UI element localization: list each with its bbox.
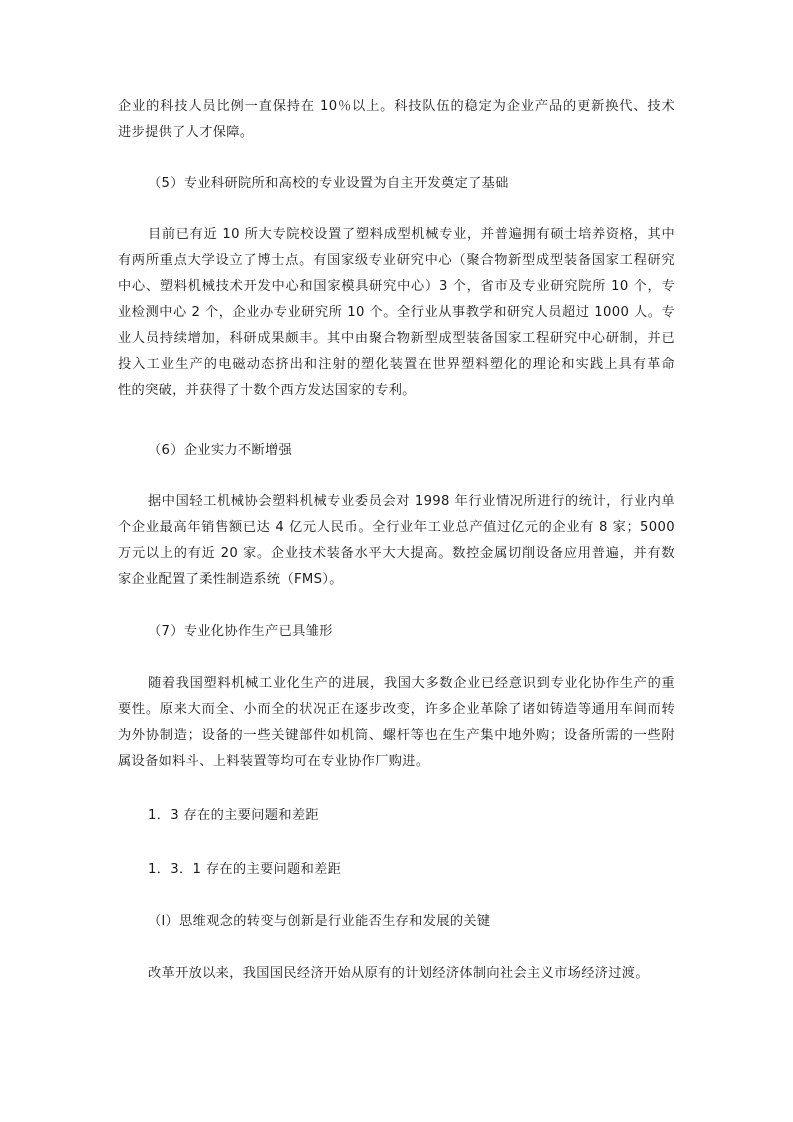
body-line: 家企业配置了柔性制造系统（FMS）。 (118, 571, 343, 589)
body-line: 进步提供了人才保障。 (118, 124, 253, 142)
body-line: 要性。原来大而全、小而全的状况正在逐步改变，许多企业革除了诸如铸造等通用车间而转 (118, 701, 675, 719)
subheading-6: （6）企业实力不断增强 (148, 442, 292, 460)
body-line: 业检测中心 2 个，企业办专业研究所 10 个。全行业从事教学和研究人员超过 1… (118, 304, 675, 322)
body-line: 有两所重点大学设立了博士点。有国家级专业研究中心（聚合物新型成型装备国家工程研究 (118, 252, 675, 270)
body-line: 随着我国塑料机械工业化生产的进展，我国大多数企业已经意识到专业化协作生产的重 (148, 675, 675, 693)
body-line: 据中国轻工机械协会塑料机械专业委员会对 1998 年行业情况所进行的统计，行业内… (148, 493, 675, 511)
body-line: 中心、塑料机械技术开发中心和国家模具研究中心）3 个，省市及专业研究院所 10 … (118, 278, 675, 296)
section-heading-1-3: 1．3 存在的主要问题和差距 (148, 807, 319, 825)
section-heading-1-3-1: 1．3．1 存在的主要问题和差距 (148, 861, 341, 879)
subheading-7: （7）专业化协作生产已具雏形 (148, 623, 333, 641)
body-line: 为外协制造；设备的一些关键部件如机筒、螺杆等也在生产集中地外购；设备所需的一些附 (118, 727, 675, 745)
body-line: 万元以上的有近 20 家。企业技术装备水平大大提高。数控金属切削设备应用普遍，并… (118, 545, 675, 563)
body-line: 个企业最高年销售额已达 4 亿元人民币。全行业年工业总产值过亿元的企业有 8 家… (118, 519, 675, 537)
body-line: 性的突破，并获得了十数个西方发达国家的专利。 (118, 382, 416, 400)
body-line: 企业的科技人员比例一直保持在 10％以上。科技队伍的稳定为企业产品的更新换代、技… (118, 98, 675, 116)
body-line: 业人员持续增加，科研成果颇丰。其中由聚合物新型成型装备国家工程研究中心研制，并已 (118, 330, 675, 348)
body-line: 改革开放以来，我国国民经济开始从原有的计划经济体制向社会主义市场经济过渡。 (148, 965, 649, 983)
body-line: 目前已有近 10 所大专院校设置了塑料成型机械专业，并普遍拥有硕士培养资格，其中 (148, 226, 675, 244)
subheading-5: （5）专业科研院所和高校的专业设置为自主开发奠定了基础 (148, 175, 509, 193)
document-page: 企业的科技人员比例一直保持在 10％以上。科技队伍的稳定为企业产品的更新换代、技… (0, 0, 793, 1122)
subheading-1: （l）思维观念的转变与创新是行业能否生存和发展的关键 (148, 913, 490, 931)
body-line: 投入工业生产的电磁动态挤出和注射的塑化装置在世界塑料塑化的理论和实践上具有革命 (118, 356, 675, 374)
body-line: 属设备如料斗、上料装置等均可在专业协作厂购进。 (118, 753, 429, 771)
